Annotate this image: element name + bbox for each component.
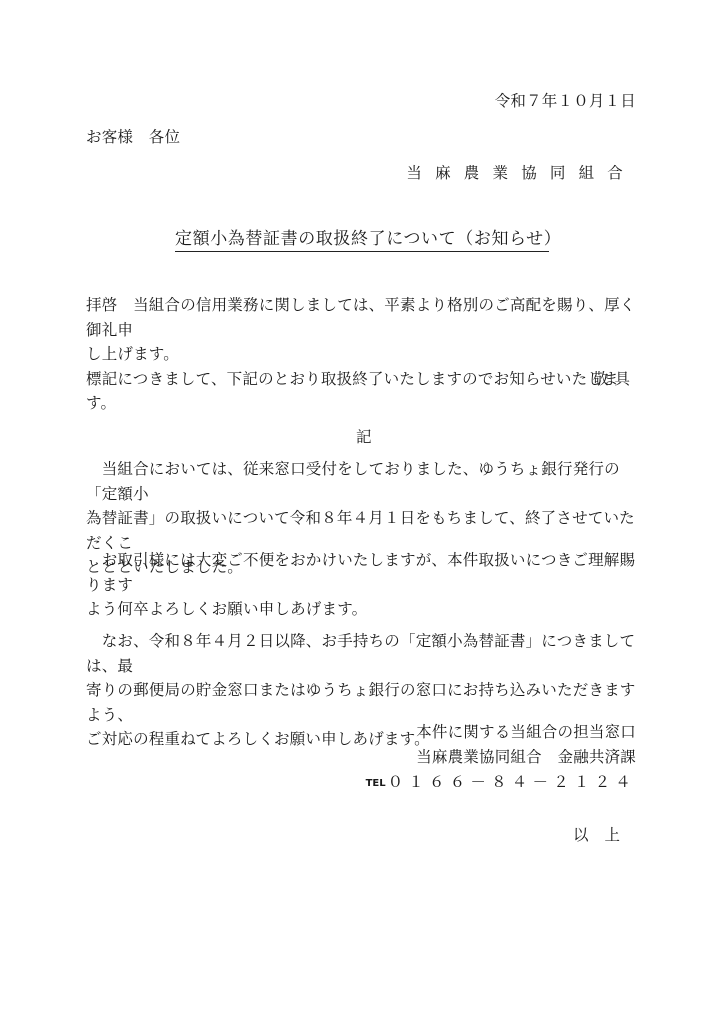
document-date: 令和７年１０月１日 (495, 89, 636, 111)
sender-organization: 当麻農業協同組合 (406, 161, 636, 183)
greeting-line: し上げます。 (86, 342, 638, 367)
paragraph-line: お取引様には大変ご不便をおかけいたしますが、本件取扱いにつきご理解賜ります (86, 548, 638, 597)
greeting-line: 標記につきまして、下記のとおり取扱終了いたしますのでお知らせいたします。 (86, 367, 638, 416)
ki-heading: 記 (356, 425, 372, 447)
paragraph-line: なお、令和８年４月２日以降、お手持ちの「定額小為替証書」につきましては、最 (86, 629, 638, 678)
paragraph-line: よう何卒よろしくお願い申しあげます。 (86, 597, 638, 622)
tel-icon: TEL (366, 778, 386, 789)
document-title: 定額小為替証書の取扱終了について（お知らせ） (175, 224, 549, 252)
contact-phone: TEL０１６６－８４－２１２４ (366, 770, 636, 797)
addressee: お客様 各位 (86, 125, 180, 147)
phone-number: ０１６６－８４－２１２４ (388, 773, 636, 791)
contact-heading: 本件に関する当組合の担当窓口 (416, 720, 636, 745)
greeting-line: 拝啓 当組合の信用業務に関しましては、平素より格別のご高配を賜り、厚く御礼申 (86, 293, 638, 342)
end-ijo: 以上 (573, 823, 636, 845)
greeting-paragraph: 拝啓 当組合の信用業務に関しましては、平素より格別のご高配を賜り、厚く御礼申 し… (86, 293, 638, 416)
body-paragraph-2: お取引様には大変ご不便をおかけいたしますが、本件取扱いにつきご理解賜ります よう… (86, 548, 638, 622)
closing-keigu: 敬具 (593, 367, 636, 389)
contact-department: 当麻農業協同組合 金融共済課 (416, 745, 636, 770)
paragraph-line: 当組合においては、従来窓口受付をしておりました、ゆうちょ銀行発行の「定額小 (86, 457, 638, 506)
